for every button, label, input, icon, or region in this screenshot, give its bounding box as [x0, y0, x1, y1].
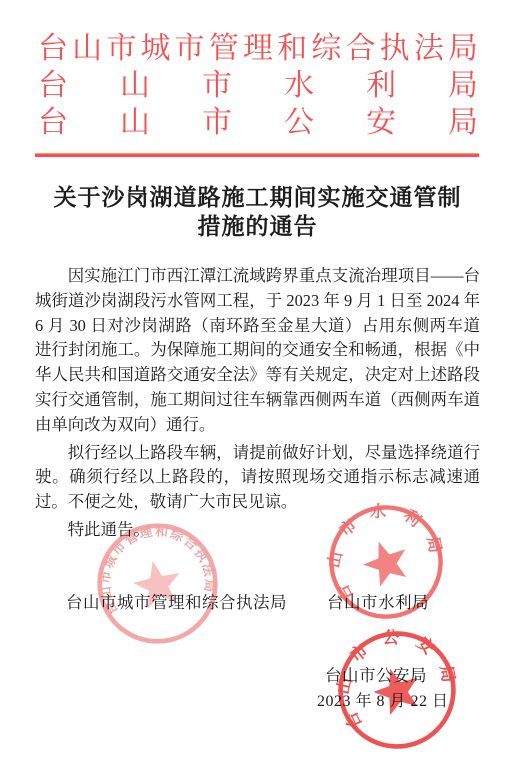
signature-water-bureau: 台山市水利局	[327, 589, 429, 613]
letterhead-line-shuili: 台山市水利局	[38, 67, 478, 104]
signature-police-bureau: 台山市公安局	[325, 662, 427, 686]
letterhead-line-chengguan: 台山市城市管理和综合执法局	[38, 30, 478, 67]
notice-body: 因实施江门市西江潭江流域跨界重点支流治理项目——台城街道沙岗湖段污水管网工程，于…	[35, 264, 480, 543]
signature-chengguan-bureau: 台山市城市管理和综合执法局	[66, 589, 287, 613]
red-divider-line	[35, 153, 479, 157]
letterhead: 台山市城市管理和综合执法局 台山市水利局 台山市公安局	[0, 0, 515, 141]
notice-date: 2023 年 8 月 22 日	[317, 688, 449, 711]
letterhead-line-gongan: 台山市公安局	[38, 104, 478, 141]
notice-document: 台山市城市管理和综合执法局 台山市水利局 台山市公安局 关于沙岗湖道路施工期间实…	[0, 0, 515, 757]
body-paragraph-2: 拟行经以上路段车辆，请提前做好计划，尽量选择绕道行驶。确须行经以上路段的，请按照…	[35, 441, 480, 515]
notice-title-line2: 措施的通告	[30, 212, 485, 241]
body-paragraph-3: 特此通告。	[35, 518, 480, 543]
notice-title-line1: 关于沙岗湖道路施工期间实施交通管制	[30, 183, 485, 212]
body-paragraph-1: 因实施江门市西江潭江流域跨界重点支流治理项目——台城街道沙岗湖段污水管网工程，于…	[35, 264, 480, 438]
notice-title: 关于沙岗湖道路施工期间实施交通管制 措施的通告	[30, 183, 485, 241]
